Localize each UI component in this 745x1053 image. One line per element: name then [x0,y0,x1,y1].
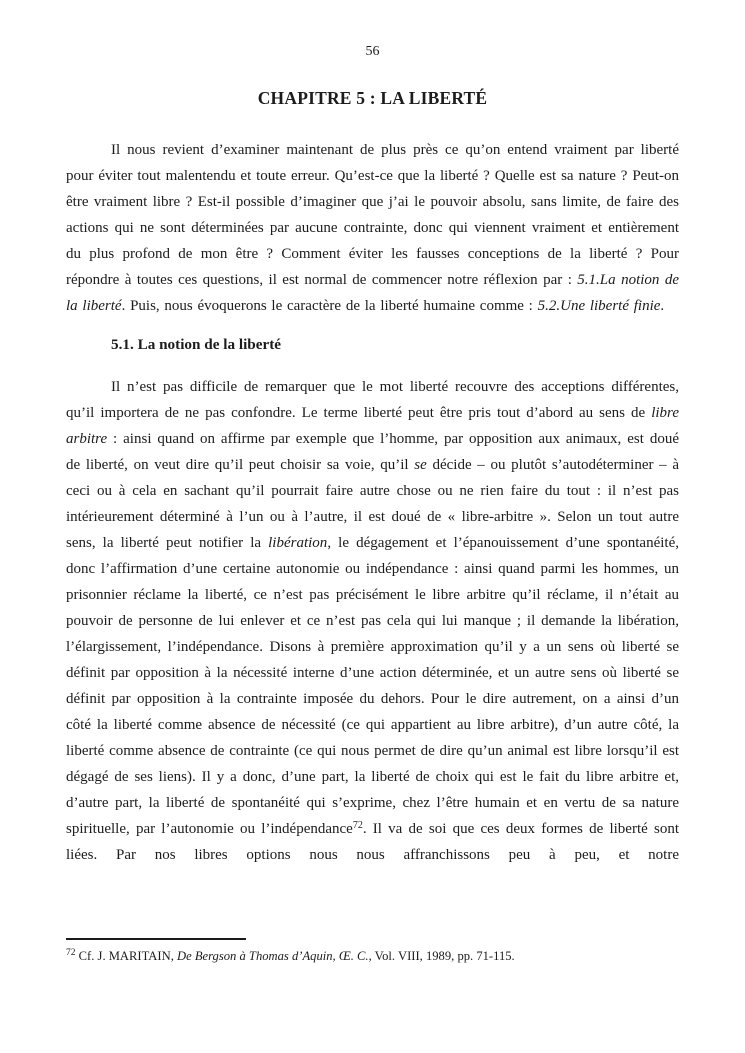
paragraph-intro: Il nous revient d’examiner maintenant de… [66,137,679,319]
text-run: De Bergson à Thomas d’Aquin, Œ. C. [177,949,369,963]
footnote-text: 72 Cf. J. MARITAIN, De Bergson à Thomas … [66,948,679,965]
text-run: Il n’est pas difficile de remarquer que … [66,379,679,421]
page-number: 56 [0,0,745,59]
text-run: , le dégagement et l’épanouissement d’un… [66,535,679,837]
section-heading-5-1: 5.1. La notion de la liberté [66,332,679,358]
footnote-marker: 72 [66,948,76,958]
text-run: . [660,298,664,314]
text-run: se [414,457,427,473]
footnote: 72 Cf. J. MARITAIN, De Bergson à Thomas … [66,938,679,965]
footnote-separator [66,938,246,940]
page-body: Il nous revient d’examiner maintenant de… [66,137,679,868]
text-run: 5.2.Une liberté finie [538,298,661,314]
text-run: 72 [353,820,363,831]
text-run: Il nous revient d’examiner maintenant de… [66,142,679,288]
text-run: libération [268,535,327,551]
text-run: , Vol. VIII, 1989, pp. 71-115. [369,949,515,963]
chapter-title: CHAPITRE 5 : LA LIBERTÉ [0,88,745,109]
text-run: . Puis, nous évoquerons le caractère de … [122,298,538,314]
text-run: Cf. J. MARITAIN, [76,949,178,963]
document-page: 56 CHAPITRE 5 : LA LIBERTÉ Il nous revie… [0,0,745,1053]
paragraph-notion: Il n’est pas difficile de remarquer que … [66,374,679,868]
footnote-citation: Cf. J. MARITAIN, De Bergson à Thomas d’A… [76,949,515,963]
